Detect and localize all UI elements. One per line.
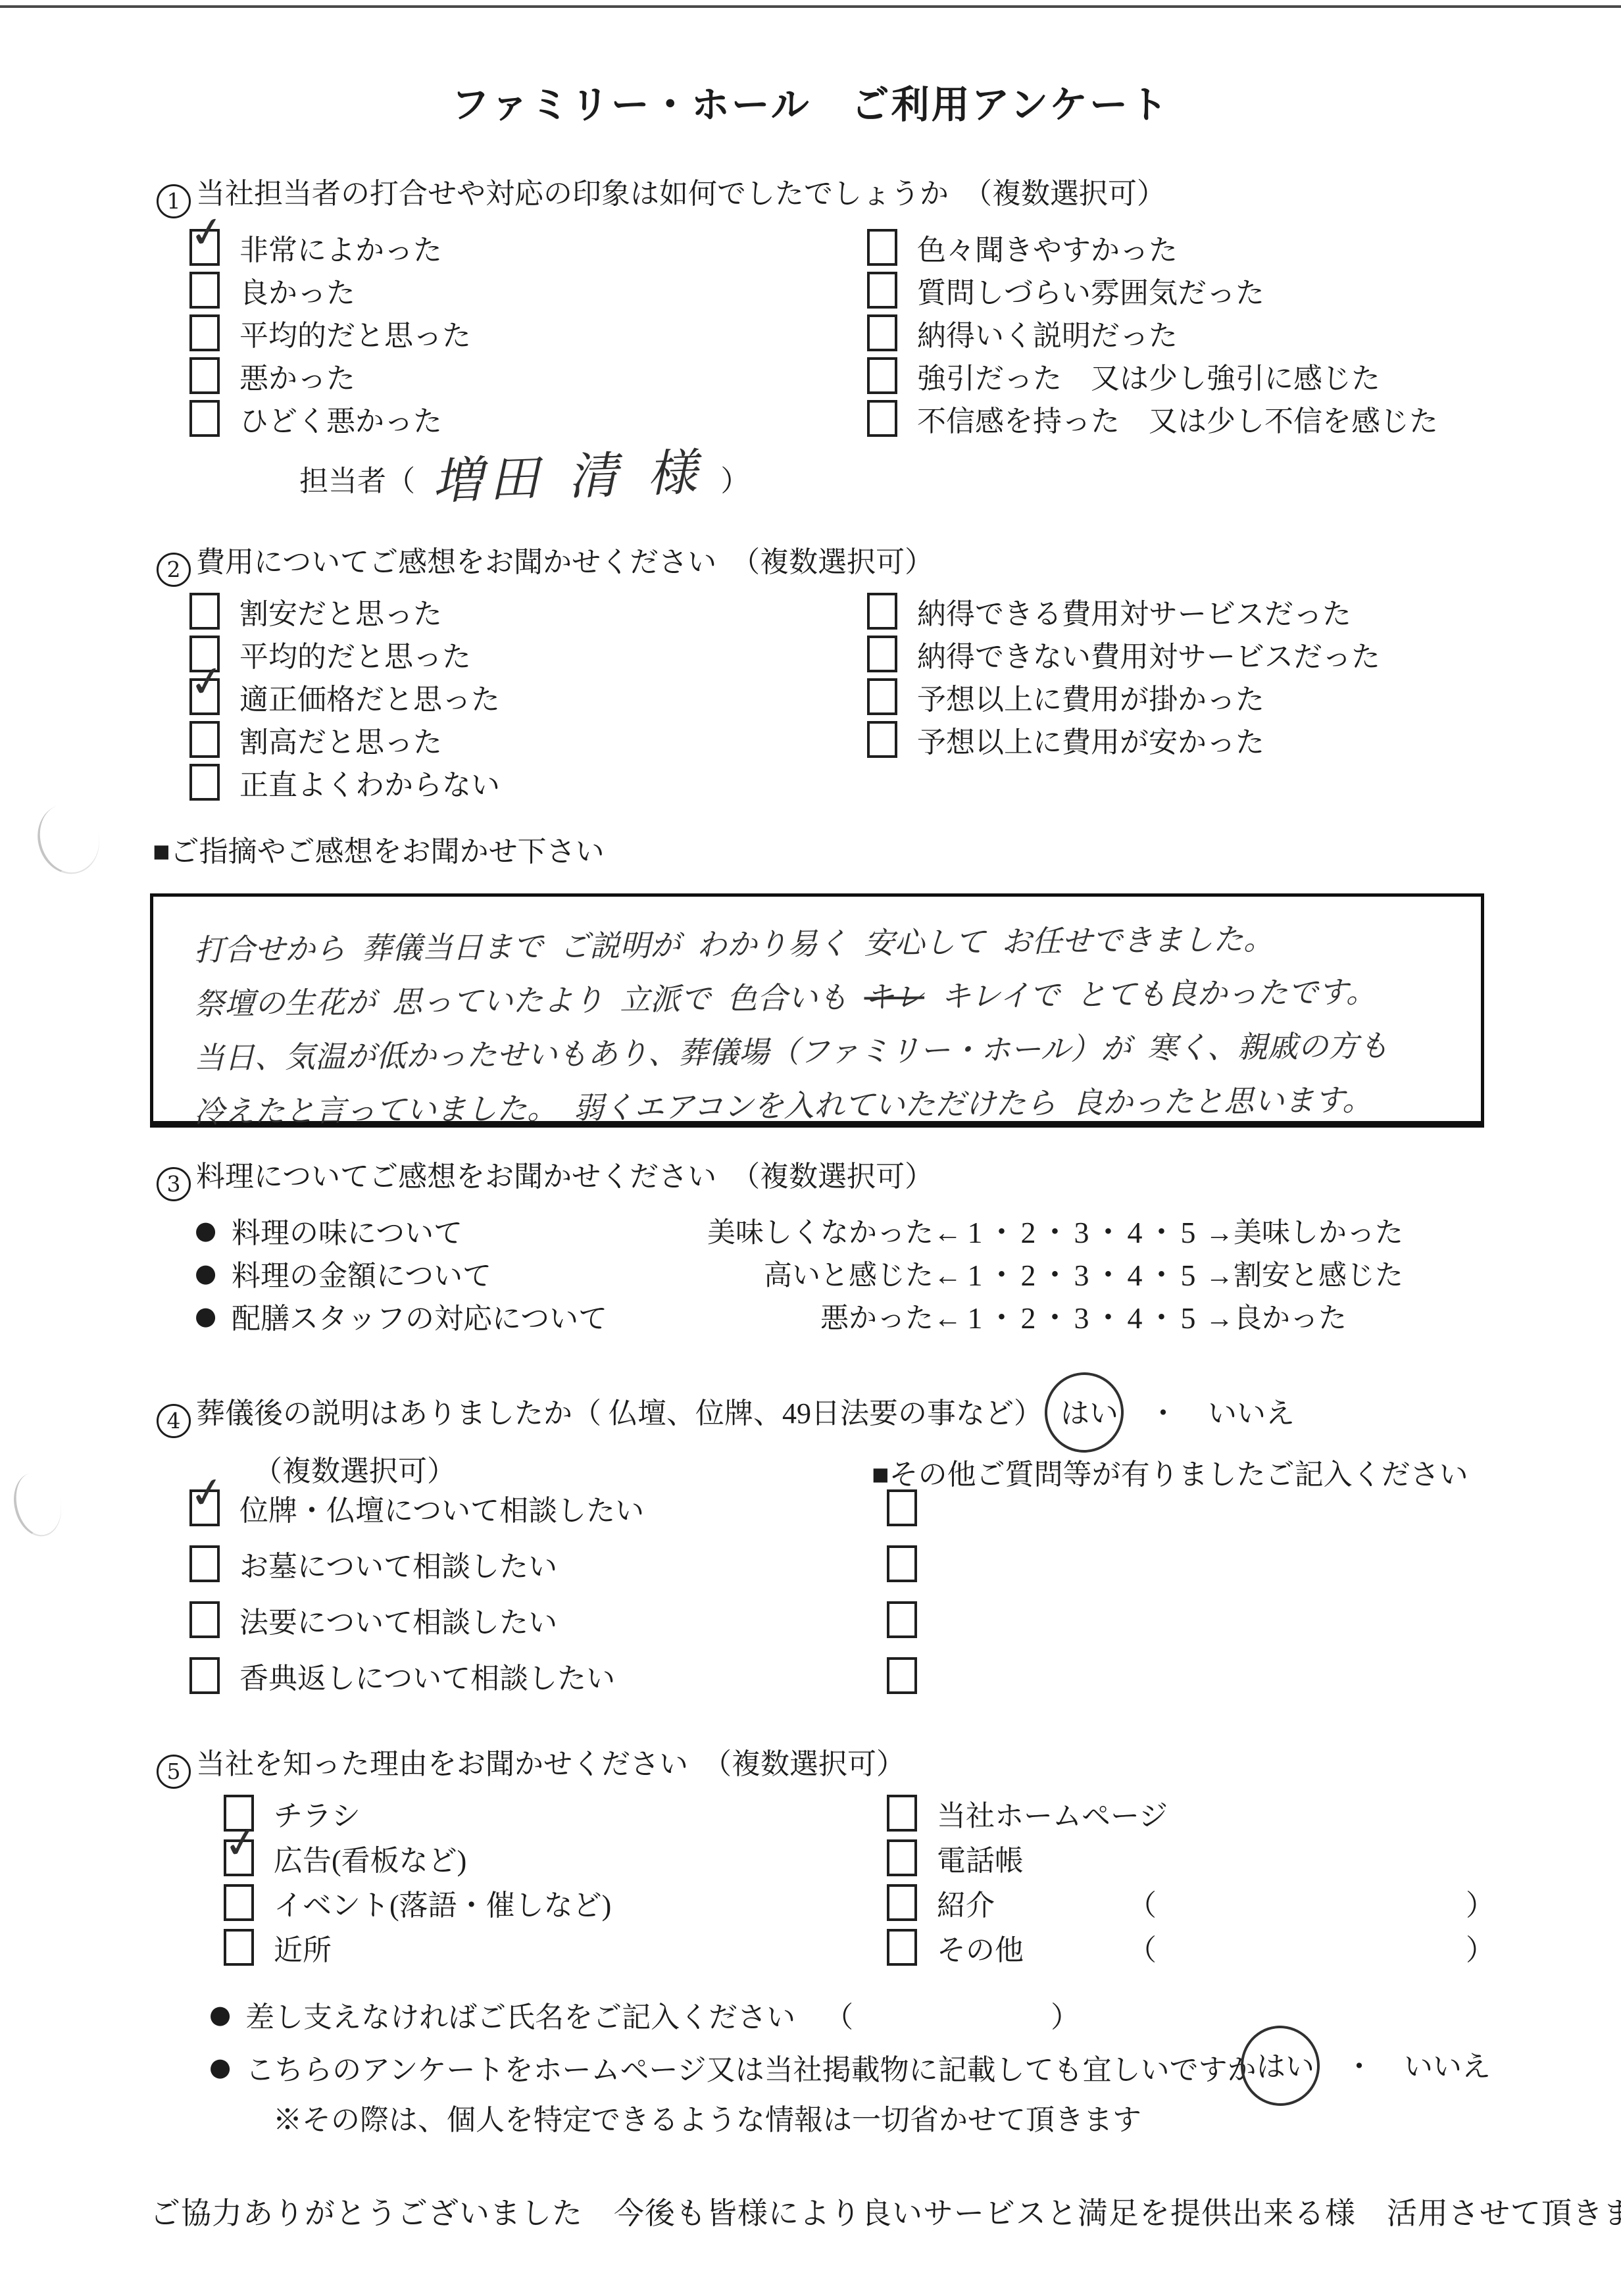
checkbox[interactable]	[189, 357, 220, 394]
staff-label-close: ）	[720, 457, 749, 499]
choice-row: 電話帳	[887, 1842, 1495, 1874]
hand-drawn-circle	[1040, 1368, 1128, 1457]
checkbox[interactable]	[887, 1795, 917, 1832]
checkbox[interactable]: ✓	[189, 678, 220, 715]
choice-row: 予想以上に費用が安かった	[867, 724, 1380, 755]
choice-row: お墓について相談したい	[189, 1548, 644, 1580]
consent-row: ● こちらのアンケートをホームページ又は当社掲載物に記載しても宜しいですか	[209, 2046, 1257, 2088]
bullet-icon: ●	[195, 1299, 232, 1332]
q3-heading-text: 料理についてご感想をお聞かせください （複数選択可）	[196, 1160, 934, 1193]
q2-right-options: 納得できる費用対サービスだった 納得できない費用対サービスだった 予想以上に費用…	[867, 595, 1380, 766]
q4-number-icon: 4	[157, 1404, 191, 1438]
paren-open: （	[1128, 1926, 1157, 1968]
q5-left-options: チラシ ✓広告(看板など) イベント(落語・催しなど) 近所	[224, 1797, 611, 1976]
choice-row	[887, 1660, 917, 1691]
choice-row: 正直よくわからない	[189, 766, 500, 798]
choice-label: 予想以上に費用が安かった	[917, 718, 1264, 761]
choice-label: 色々聞きやすかった	[917, 226, 1178, 268]
rating-label: 料理の金額について	[232, 1252, 679, 1294]
comments-box[interactable]: 打合せから 葬儀当日まで ご説明が わかり易く 安心して お任せできました。 祭…	[150, 893, 1484, 1128]
checkmark: ✓	[221, 1820, 262, 1867]
q3-rating-rows: ● 料理の味について 美味しくなかった← 1・2・3・4・5 →美味しかった ●…	[195, 1214, 1495, 1342]
paren-open: （	[824, 1993, 853, 2035]
choice-label: 香典返しについて相談したい	[239, 1655, 615, 1697]
q2-left-options: 割安だと思った 平均的だと思った ✓適正価格だと思った 割高だと思った 正直よく…	[189, 595, 500, 809]
choice-label: イベント(落語・催しなど)	[274, 1882, 611, 1924]
choice-row: 近所	[224, 1932, 611, 1963]
q2-heading-text: 費用についてご感想をお聞かせください （複数選択可）	[196, 546, 934, 578]
choice-row: 質問しづらい雰囲気だった	[867, 274, 1438, 306]
choice-row: 法要について相談したい	[189, 1604, 644, 1635]
checkbox[interactable]	[867, 272, 897, 309]
choice-row: 香典返しについて相談したい	[189, 1660, 644, 1691]
choice-label: 近所	[274, 1926, 332, 1968]
choice-label: 非常によかった	[239, 226, 442, 268]
consent-yes-option[interactable]: はい	[1257, 2043, 1314, 2085]
choice-row: 色々聞きやすかった	[867, 232, 1438, 263]
choice-label: 割高だと思った	[239, 718, 442, 761]
checkbox[interactable]: ✓	[189, 1489, 220, 1526]
choice-row: ✓非常によかった	[189, 232, 471, 263]
yes-no-separator: ・	[1149, 1389, 1178, 1432]
q3-number-icon: 3	[157, 1167, 191, 1201]
choice-row: ひどく悪かった	[189, 403, 471, 434]
rating-row: ● 料理の金額について 高いと感じた← 1・2・3・4・5 →割安と感じた	[195, 1257, 1495, 1289]
choice-label: 平均的だと思った	[239, 312, 471, 354]
checkbox[interactable]	[867, 357, 897, 394]
choice-row	[887, 1492, 917, 1524]
checkbox[interactable]	[189, 314, 220, 351]
choice-row: 納得いく説明だった	[867, 317, 1438, 349]
rating-row: ● 料理の味について 美味しくなかった← 1・2・3・4・5 →美味しかった	[195, 1214, 1495, 1247]
choice-label: 強引だった 又は少し強引に感じた	[917, 355, 1380, 397]
rating-label: 配膳スタッフの対応について	[232, 1295, 679, 1337]
name-request-row: ● 差し支えなければご氏名をご記入ください （ ）	[209, 1993, 1080, 2035]
q1-heading: 1当社担当者の打合せや対応の印象は如何でしたでしょうか （複数選択可）	[157, 170, 1166, 218]
choice-row: 不信感を持った 又は少し不信を感じた	[867, 403, 1438, 434]
choice-label: 紹介	[937, 1882, 1108, 1924]
privacy-note: ※その際は、個人を特定できるような情報は一切省かせて頂きます	[273, 2096, 1141, 2138]
choice-label: 平均的だと思った	[239, 633, 471, 675]
checkbox[interactable]	[189, 272, 220, 309]
choice-row: ✓適正価格だと思った	[189, 681, 500, 712]
choice-label: 不信感を持った 又は少し不信を感じた	[917, 397, 1438, 439]
consent-no-option[interactable]: いいえ	[1404, 2043, 1491, 2085]
hand-drawn-circle	[1236, 2021, 1324, 2110]
rating-negative-anchor: 悪かった←	[679, 1296, 962, 1336]
checkbox[interactable]: ✓	[224, 1839, 254, 1876]
staff-label: 担当者（	[299, 457, 415, 499]
footer-thanks: ご協力ありがとうございました 今後も皆様により良いサービスと満足を提供出来る様 …	[150, 2189, 1621, 2233]
choice-label: 位牌・仏壇について相談したい	[239, 1487, 644, 1529]
choice-row: 割高だと思った	[189, 724, 500, 755]
choice-row: 納得できない費用対サービスだった	[867, 638, 1380, 670]
checkbox[interactable]	[189, 593, 220, 630]
q5-number-icon: 5	[157, 1755, 191, 1789]
rating-row: ● 配膳スタッフの対応について 悪かった← 1・2・3・4・5 →良かった	[195, 1299, 1495, 1332]
checkbox[interactable]	[867, 314, 897, 351]
q4-heading: 4葬儀後の説明はありましたか（ 仏壇、位牌、49日法要の事など）	[157, 1389, 1043, 1438]
q4-heading-text: 葬儀後の説明はありましたか（ 仏壇、位牌、49日法要の事など）	[196, 1397, 1043, 1430]
consent-label: こちらのアンケートをホームページ又は当社掲載物に記載しても宜しいですか	[245, 2046, 1256, 2088]
checkbox[interactable]	[887, 1657, 917, 1694]
q4-yes-no: はい ・ いいえ	[1060, 1389, 1295, 1432]
q1-right-options: 色々聞きやすかった 質問しづらい雰囲気だった 納得いく説明だった 強引だった 又…	[867, 232, 1438, 445]
checkbox[interactable]	[887, 1929, 917, 1966]
checkbox[interactable]	[867, 636, 897, 672]
choice-row: 平均的だと思った	[189, 317, 471, 349]
checkbox[interactable]	[189, 764, 220, 801]
choice-label: 質問しづらい雰囲気だった	[917, 269, 1264, 311]
choice-label: 悪かった	[239, 355, 355, 397]
choice-label: 法要について相談したい	[239, 1599, 557, 1641]
choice-row: 納得できる費用対サービスだった	[867, 595, 1380, 627]
q1-left-options: ✓非常によかった 良かった 平均的だと思った 悪かった ひどく悪かった	[189, 232, 471, 445]
rating-positive-anchor: →美味しかった	[1205, 1210, 1495, 1251]
choice-row: ✓広告(看板など)	[224, 1842, 611, 1874]
consent-yes-no: はい ・ いいえ	[1257, 2043, 1491, 2085]
checkbox[interactable]	[867, 721, 897, 758]
choice-label: 適正価格だと思った	[239, 676, 500, 718]
yes-no-separator: ・	[1345, 2043, 1374, 2085]
bullet-icon: ●	[195, 1214, 232, 1247]
choice-row: ✓位牌・仏壇について相談したい	[189, 1492, 644, 1524]
scan-edge-line	[0, 5, 1621, 8]
q4-other-heading: ■その他ご質問等が有りましたご記入ください	[872, 1451, 1468, 1493]
checkbox[interactable]	[867, 678, 897, 715]
choice-label: チラシ	[274, 1792, 361, 1834]
choice-label: お墓について相談したい	[239, 1543, 557, 1585]
q1-heading-text: 当社担当者の打合せや対応の印象は如何でしたでしょうか （複数選択可）	[196, 178, 1166, 210]
checkmark: ✓	[187, 210, 228, 257]
choice-row: 平均的だと思った	[189, 638, 500, 670]
staff-name-row: 担当者（ 増田 清 様 ）	[299, 442, 749, 514]
bullet-icon: ●	[209, 1998, 231, 2031]
rating-scale[interactable]: 1・2・3・4・5	[962, 1294, 1205, 1337]
rating-scale[interactable]: 1・2・3・4・5	[962, 1251, 1205, 1295]
choice-row: イベント(落語・催しなど)	[224, 1887, 611, 1918]
q3-heading: 3料理についてご感想をお聞かせください （複数選択可）	[157, 1153, 934, 1201]
checkbox[interactable]	[887, 1839, 917, 1876]
choice-label: 納得できる費用対サービスだった	[917, 590, 1351, 632]
choice-row: その他（）	[887, 1932, 1495, 1963]
paren-close: ）	[1051, 1993, 1080, 2035]
choice-row	[887, 1604, 917, 1635]
q4-multi-note: （複数選択可）	[253, 1447, 456, 1489]
choice-label: 納得いく説明だった	[917, 312, 1178, 354]
checkbox[interactable]: ✓	[189, 229, 220, 266]
choice-row: 予想以上に費用が掛かった	[867, 681, 1380, 712]
choice-label: 当社ホームページ	[937, 1792, 1168, 1834]
comments-heading: ■ご指摘やご感想をお聞かせ下さい	[153, 828, 605, 870]
name-request-label: 差し支えなければご氏名をご記入ください	[245, 1993, 824, 2035]
checkbox[interactable]	[887, 1489, 917, 1526]
checkbox[interactable]	[224, 1929, 254, 1966]
checkbox[interactable]	[224, 1884, 254, 1921]
paren-close: ）	[1466, 1926, 1495, 1968]
choice-row: 強引だった 又は少し強引に感じた	[867, 360, 1438, 391]
survey-scan-page: ファミリー・ホール ご利用アンケート 1当社担当者の打合せや対応の印象は如何でし…	[0, 0, 1621, 2296]
checkbox[interactable]	[189, 1657, 220, 1694]
choice-label: 広告(看板など)	[274, 1837, 466, 1879]
staff-name-handwritten[interactable]: 増田 清 様	[431, 432, 705, 513]
choice-row: チラシ	[224, 1797, 611, 1829]
q4-other-boxes	[887, 1492, 917, 1716]
choice-label: その他	[937, 1926, 1108, 1968]
q5-heading: 5当社を知った理由をお聞かせください （複数選択可）	[157, 1740, 905, 1789]
rating-negative-anchor: 美味しくなかった←	[679, 1210, 962, 1251]
choice-row	[887, 1548, 917, 1580]
scan-artifact	[7, 1468, 68, 1541]
choice-row: 悪かった	[189, 360, 471, 391]
checkbox[interactable]	[887, 1601, 917, 1638]
q5-right-options: 当社ホームページ 電話帳 紹介（） その他（）	[887, 1797, 1495, 1976]
bullet-icon: ●	[195, 1257, 232, 1289]
choice-label: 正直よくわからない	[239, 761, 500, 803]
choice-label: 電話帳	[937, 1837, 1024, 1879]
page-title: ファミリー・ホール ご利用アンケート	[0, 74, 1621, 129]
rating-label: 料理の味について	[232, 1209, 679, 1251]
checkbox[interactable]	[867, 400, 897, 437]
rating-negative-anchor: 高いと感じた←	[679, 1253, 962, 1293]
scan-artifact	[29, 796, 109, 882]
choice-row: 割安だと思った	[189, 595, 500, 627]
struck-out-text: キレ	[864, 979, 924, 1015]
checkbox[interactable]	[867, 593, 897, 630]
q4-yes-option[interactable]: はい	[1060, 1389, 1118, 1432]
choice-label: ひどく悪かった	[239, 397, 442, 439]
checkbox[interactable]	[189, 1545, 220, 1582]
choice-row: 紹介（）	[887, 1887, 1495, 1918]
q4-options: ✓位牌・仏壇について相談したい お墓について相談したい 法要について相談したい …	[189, 1492, 644, 1716]
rating-positive-anchor: →割安と感じた	[1205, 1253, 1495, 1293]
paren-close: ）	[1466, 1882, 1495, 1924]
checkbox[interactable]	[887, 1884, 917, 1921]
checkmark: ✓	[187, 1470, 228, 1517]
q5-heading-text: 当社を知った理由をお聞かせください （複数選択可）	[196, 1748, 905, 1780]
q4-no-option[interactable]: いいえ	[1208, 1389, 1295, 1432]
choice-label: 納得できない費用対サービスだった	[917, 633, 1380, 675]
choice-row: 良かった	[189, 274, 471, 306]
checkbox[interactable]	[887, 1545, 917, 1582]
q2-number-icon: 2	[157, 553, 191, 587]
rating-positive-anchor: →良かった	[1205, 1296, 1495, 1336]
q2-heading: 2費用についてご感想をお聞かせください （複数選択可）	[157, 538, 934, 587]
choice-row: 当社ホームページ	[887, 1797, 1495, 1829]
choice-label: 予想以上に費用が掛かった	[917, 676, 1264, 718]
q1-number-icon: 1	[157, 184, 191, 218]
checkbox[interactable]	[867, 229, 897, 266]
choice-label: 良かった	[239, 269, 355, 311]
choice-label: 割安だと思った	[239, 590, 442, 632]
checkbox[interactable]	[189, 400, 220, 437]
checkmark: ✓	[187, 659, 228, 706]
rating-scale[interactable]: 1・2・3・4・5	[962, 1209, 1205, 1252]
checkbox[interactable]	[189, 1601, 220, 1638]
paren-open: （	[1128, 1882, 1157, 1924]
bullet-icon: ●	[209, 2051, 231, 2084]
checkbox[interactable]	[189, 721, 220, 758]
